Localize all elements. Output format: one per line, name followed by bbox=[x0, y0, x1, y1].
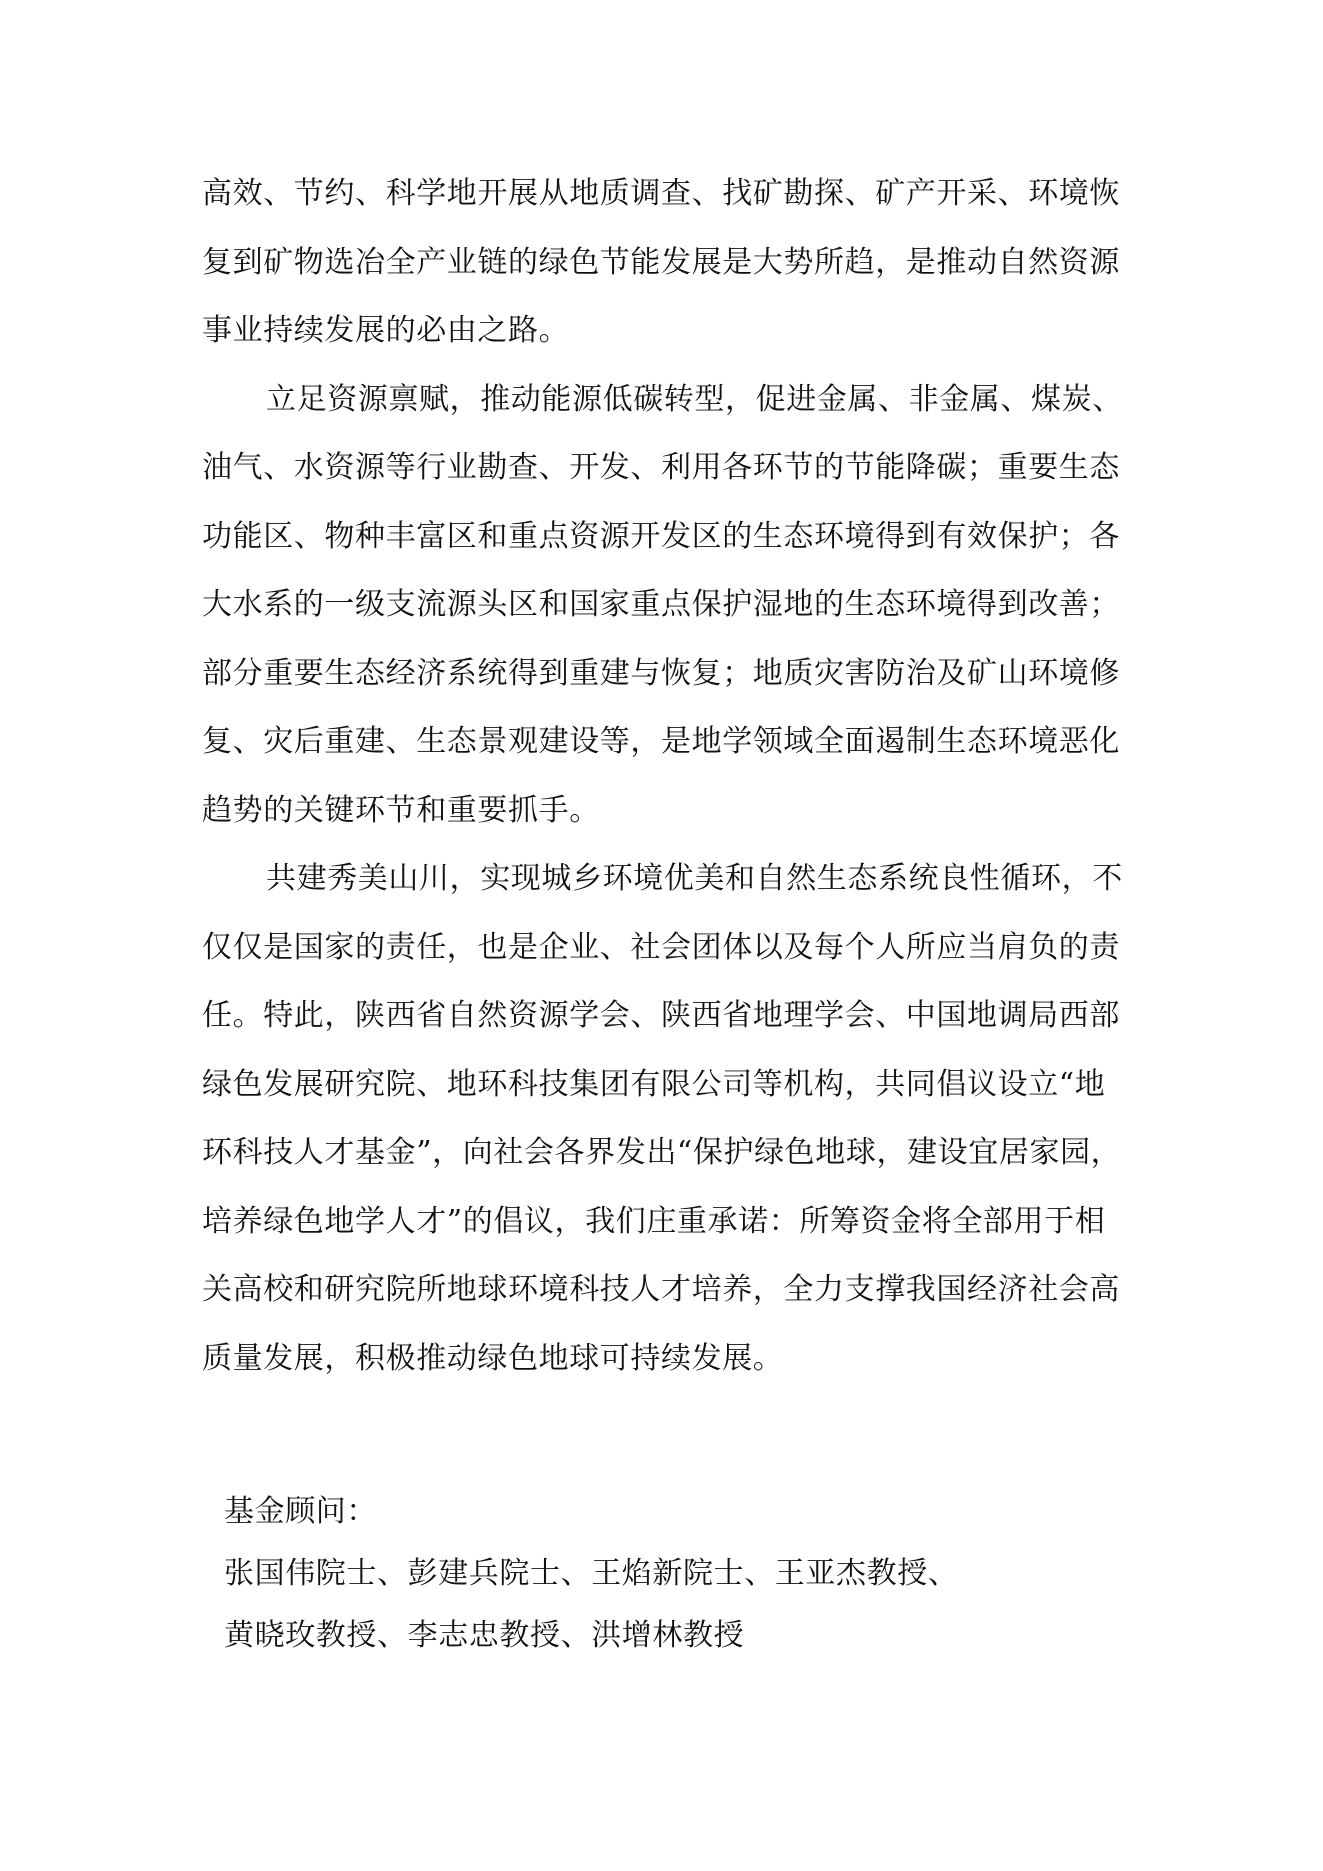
advisors-heading: 基金顾问： bbox=[224, 1490, 1124, 1552]
advisors-list-line: 张国伟院士、彭建兵院士、王焰新院士、王亚杰教授、 bbox=[224, 1552, 1124, 1614]
document-body: 高效、节约、科学地开展从地质调查、找矿勘探、矿产开采、环境恢 复到矿物选冶全产业… bbox=[202, 170, 1122, 1403]
text-line: 大水系的一级支流源头区和国家重点保护湿地的生态环境得到改善； bbox=[202, 581, 1122, 650]
text-line: 功能区、物种丰富区和重点资源开发区的生态环境得到有效保护；各 bbox=[202, 513, 1122, 582]
text-line: 事业持续发展的必由之路。 bbox=[202, 307, 1122, 376]
text-line: 质量发展，积极推动绿色地球可持续发展。 bbox=[202, 1335, 1122, 1404]
text-line: 趋势的关键环节和重要抓手。 bbox=[202, 787, 1122, 856]
text-line: 环科技人才基金”，向社会各界发出“保护绿色地球，建设宜居家园， bbox=[202, 1129, 1122, 1198]
text-line: 培养绿色地学人才”的倡议，我们庄重承诺：所筹资金将全部用于相 bbox=[202, 1198, 1122, 1267]
fund-advisors-section: 基金顾问： 张国伟院士、彭建兵院士、王焰新院士、王亚杰教授、 黄晓玫教授、李志忠… bbox=[224, 1490, 1124, 1676]
text-line: 仅仅是国家的责任，也是企业、社会团体以及每个人所应当肩负的责 bbox=[202, 924, 1122, 993]
text-line: 复、灾后重建、生态景观建设等，是地学领域全面遏制生态环境恶化 bbox=[202, 718, 1122, 787]
text-line: 复到矿物选冶全产业链的绿色节能发展是大势所趋，是推动自然资源 bbox=[202, 239, 1122, 308]
paragraph-2: 立足资源禀赋，推动能源低碳转型，促进金属、非金属、煤炭、 油气、水资源等行业勘查… bbox=[202, 376, 1122, 856]
text-line: 油气、水资源等行业勘查、开发、利用各环节的节能降碳；重要生态 bbox=[202, 444, 1122, 513]
advisors-list-line: 黄晓玫教授、李志忠教授、洪增林教授 bbox=[224, 1614, 1124, 1676]
text-line: 部分重要生态经济系统得到重建与恢复；地质灾害防治及矿山环境修 bbox=[202, 650, 1122, 719]
paragraph-1: 高效、节约、科学地开展从地质调查、找矿勘探、矿产开采、环境恢 复到矿物选冶全产业… bbox=[202, 170, 1122, 376]
text-line: 任。特此，陕西省自然资源学会、陕西省地理学会、中国地调局西部 bbox=[202, 992, 1122, 1061]
text-line: 关高校和研究院所地球环境科技人才培养，全力支撑我国经济社会高 bbox=[202, 1266, 1122, 1335]
document-page: 高效、节约、科学地开展从地质调查、找矿勘探、矿产开采、环境恢 复到矿物选冶全产业… bbox=[0, 0, 1323, 1871]
text-line: 立足资源禀赋，推动能源低碳转型，促进金属、非金属、煤炭、 bbox=[202, 376, 1122, 445]
paragraph-3: 共建秀美山川，实现城乡环境优美和自然生态系统良性循环，不 仅仅是国家的责任，也是… bbox=[202, 855, 1122, 1403]
text-line: 高效、节约、科学地开展从地质调查、找矿勘探、矿产开采、环境恢 bbox=[202, 170, 1122, 239]
text-line: 绿色发展研究院、地环科技集团有限公司等机构，共同倡议设立“地 bbox=[202, 1061, 1122, 1130]
text-line: 共建秀美山川，实现城乡环境优美和自然生态系统良性循环，不 bbox=[202, 855, 1122, 924]
